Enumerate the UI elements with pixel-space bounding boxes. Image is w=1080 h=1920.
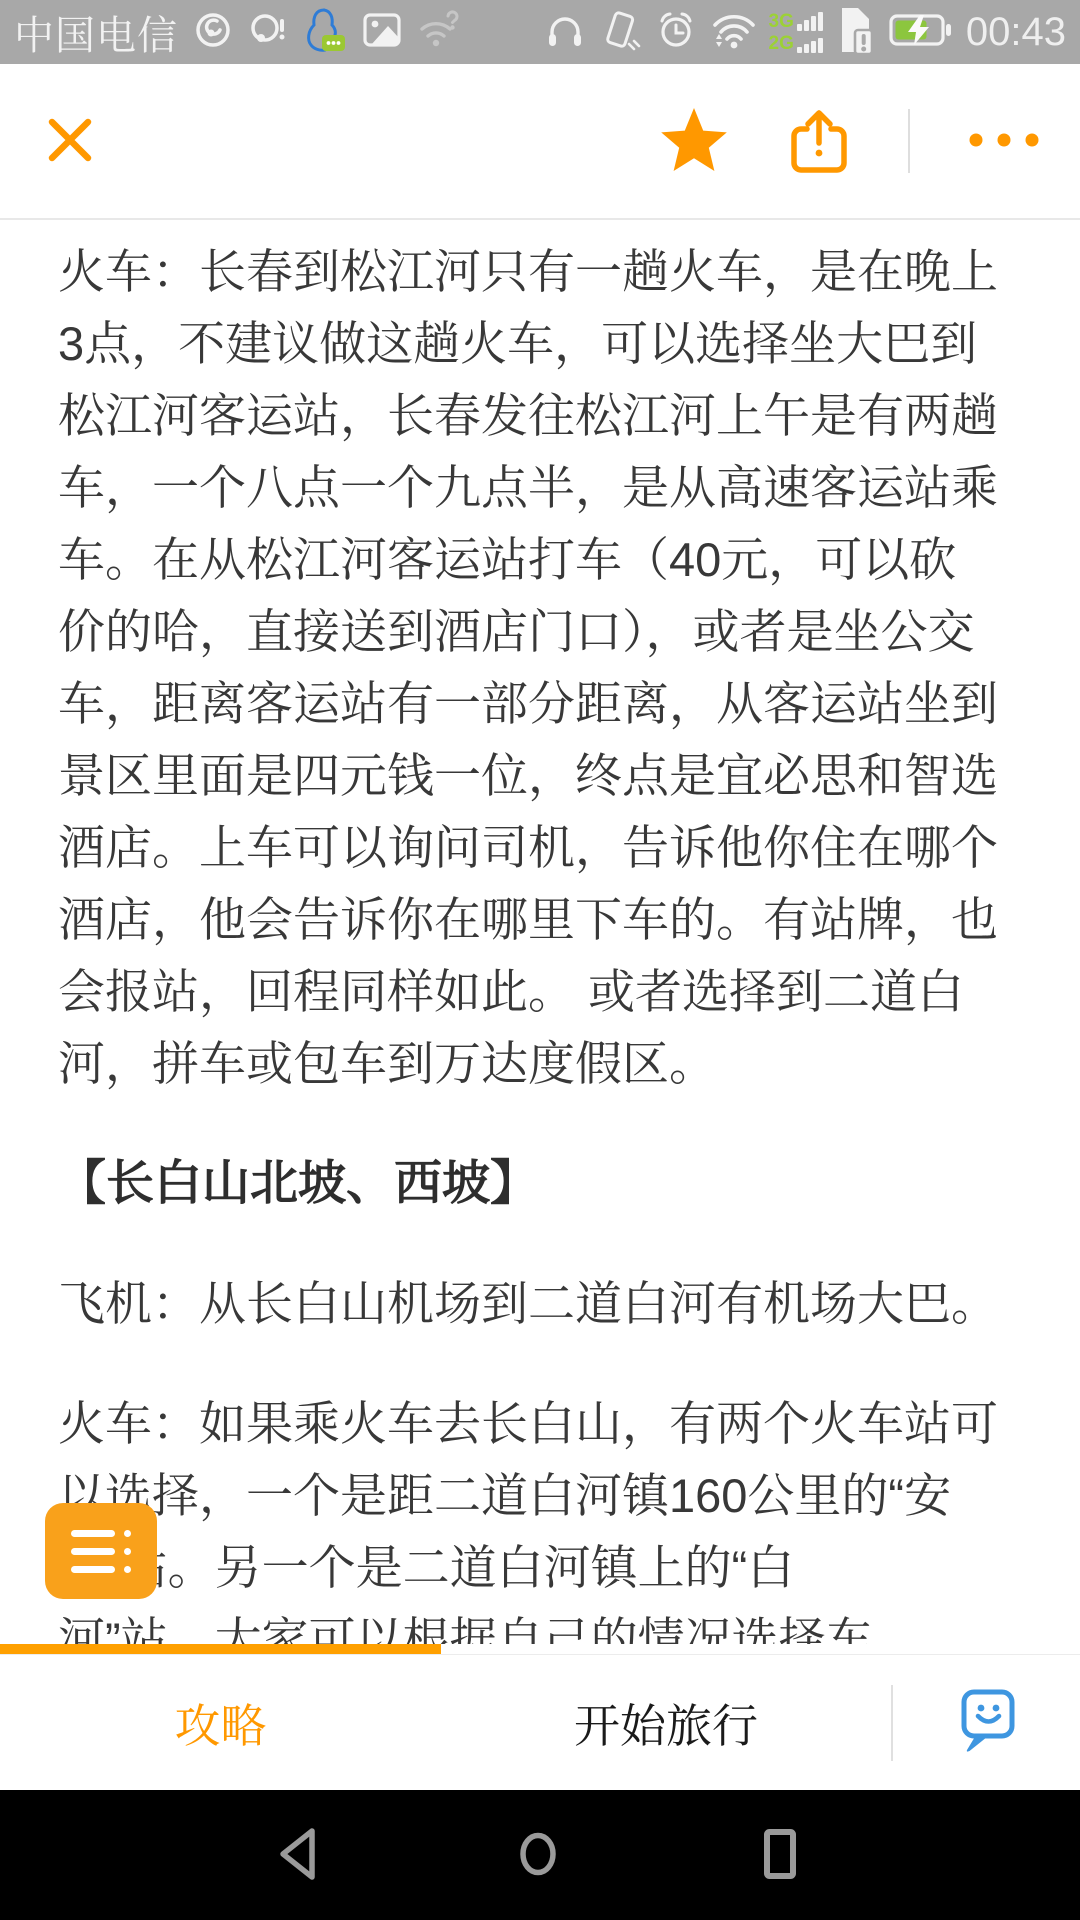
status-bar-left: 中国电信 [14, 4, 459, 61]
favorite-button[interactable] [658, 105, 730, 178]
nav-home-button[interactable] [508, 1824, 568, 1887]
article-section-heading: 【长白山北坡、西坡】 [58, 1148, 1022, 1220]
article-paragraph-train-changbaishan: 火车：如果乘火车去长白山，有两个火车站可 以选择，一个是距二道白河镇160公里的… [58, 1388, 1022, 1644]
active-tab-indicator [0, 1644, 441, 1654]
sim-alert-icon [836, 4, 876, 61]
alert-icon [248, 10, 288, 55]
more-dots-icon [968, 132, 1040, 151]
status-bar-right: 3G 2G [545, 4, 1066, 61]
article-content[interactable]: 火车：长春到松江河只有一趟火车，是在晚上 3点，不建议做这趟火车，可以选择坐大巴… [0, 220, 1080, 1644]
toolbar [0, 64, 1080, 220]
battery-charging-icon [889, 12, 953, 53]
toc-list-icon [71, 1530, 131, 1573]
network-3g-label: 3G [769, 12, 794, 31]
share-button[interactable] [786, 105, 852, 178]
article-paragraph-plane: 飞机：从长白山机场到二道白河有机场大巴。 [58, 1268, 1022, 1340]
chat-smiley-icon [955, 1686, 1019, 1759]
nav-back-button[interactable] [270, 1824, 326, 1887]
home-icon [508, 1824, 568, 1887]
close-button[interactable] [40, 110, 100, 173]
share-icon [786, 105, 852, 178]
gallery-icon [362, 10, 402, 55]
feedback-chat-button[interactable] [955, 1686, 1019, 1759]
tab-guide[interactable]: 攻略 [0, 1655, 441, 1790]
nav-recents-button[interactable] [750, 1824, 810, 1887]
alarm-icon [655, 9, 697, 56]
toc-floating-button[interactable] [45, 1503, 157, 1599]
wifi-icon [710, 9, 756, 56]
recents-icon [750, 1824, 810, 1887]
clock-label: 00:43 [966, 10, 1066, 55]
carrier-label: 中国电信 [14, 4, 178, 61]
android-nav-bar [0, 1790, 1080, 1920]
article-paragraph-train-songjianghe: 火车：长春到松江河只有一趟火车，是在晚上 3点，不建议做这趟火车，可以选择坐大巴… [58, 236, 1022, 1100]
bottom-tab-bar: 攻略 开始旅行 [0, 1654, 1080, 1790]
phone-screen: 中国电信 [0, 0, 1080, 1920]
more-button[interactable] [968, 132, 1040, 151]
wifi-weak-icon [417, 10, 459, 55]
headset-icon [545, 10, 585, 55]
vibrate-icon [598, 8, 642, 57]
back-icon [270, 1824, 326, 1887]
tab-start-travel[interactable]: 开始旅行 [441, 1655, 891, 1790]
close-icon [40, 110, 100, 173]
status-bar: 中国电信 [0, 0, 1080, 64]
music-icon [193, 10, 233, 55]
signal-bars: 3G 2G [769, 12, 823, 53]
network-2g-label: 2G [769, 34, 794, 53]
qq-icon [303, 7, 347, 58]
toolbar-divider [908, 109, 910, 173]
favorite-star-icon [658, 105, 730, 178]
